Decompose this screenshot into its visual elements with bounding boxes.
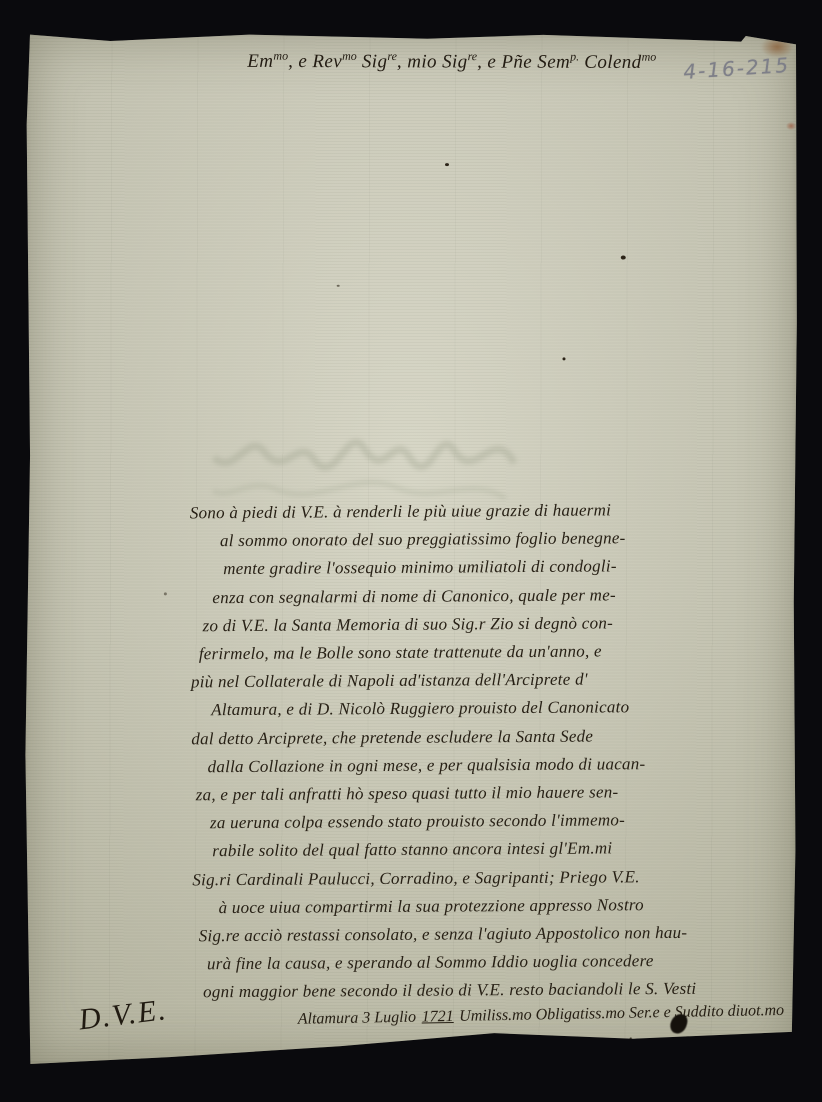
salutation-segment: Colend xyxy=(579,52,641,73)
photo-black-backdrop: { "palette": { "backdrop": "#0a0a0d", "p… xyxy=(0,0,822,1102)
dateline-place: Altamura 3 Luglio xyxy=(297,1009,416,1028)
salutation-segment: Em xyxy=(247,51,273,72)
signature: D. Domenico Arcangelo Populizio xyxy=(524,1032,774,1055)
ink-speck xyxy=(621,256,626,260)
valediction-dve: D.V.E. xyxy=(77,993,169,1037)
salutation-segment: , e Pñe Sem xyxy=(477,52,570,73)
manuscript-line: Altamura, e di D. Nicolò Ruggiero prouis… xyxy=(211,693,797,725)
manuscript-line: più nel Collaterale di Napoli ad'istanza… xyxy=(191,664,797,696)
ink-speck xyxy=(562,357,565,360)
ink-speck xyxy=(337,285,340,287)
dateline-year: 1721 xyxy=(421,1008,453,1026)
manuscript-line: dal detto Arciprete, che pretende esclud… xyxy=(191,721,797,753)
manuscript-page: Emmo, e Revmo Sigre, mio Sigre, e Pñe Se… xyxy=(23,32,799,1067)
salutation-superscript: mo xyxy=(342,49,357,63)
manuscript-line: mente gradire l'ossequio minimo umiliato… xyxy=(223,552,796,584)
manuscript-line: Sig.ri Cardinali Paulucci, Corradino, e … xyxy=(192,862,798,894)
manuscript-line: za ueruna colpa essendo stato prouisto s… xyxy=(210,805,798,837)
manuscript-line: enza con segnalarmi di nome di Canonico,… xyxy=(212,580,796,612)
manuscript-line: ogni maggior bene secondo il desio di V.… xyxy=(203,975,799,1007)
manuscript-line: Sono à piedi di V.E. à renderli le più u… xyxy=(190,495,796,527)
ink-speck xyxy=(164,592,167,595)
closing-titles: Umiliss.mo Obligatiss.mo Ser.e e Suddito… xyxy=(459,1002,784,1025)
manuscript-line: Sig.re acciò restassi consolato, e senza… xyxy=(199,918,799,950)
salutation-superscript: re xyxy=(468,49,478,63)
manuscript-line: zo di V.E. la Santa Memoria di suo Sig.r… xyxy=(202,608,796,640)
manuscript-line: à uoce uiua compartirmi la sua protezzio… xyxy=(218,890,798,922)
salutation-segment: , mio Sig xyxy=(397,51,468,72)
dateline: Altamura 3 Luglio1721Umiliss.mo Obligati… xyxy=(297,1002,784,1029)
manuscript-line: urà fine la causa, e sperando al Sommo I… xyxy=(207,946,799,978)
salutation-superscript: mo xyxy=(273,49,288,63)
manuscript-line: al sommo onorato del suo preggiatissimo … xyxy=(220,523,796,555)
salutation-segment: , e Rev xyxy=(288,51,342,72)
stain xyxy=(760,36,794,58)
salutation-superscript: p. xyxy=(570,49,579,63)
manuscript-line: rabile solito del qual fatto stanno anco… xyxy=(212,834,798,866)
letter-body: Sono à piedi di V.E. à renderli le più u… xyxy=(190,495,800,1007)
manuscript-line: ferirmelo, ma le Bolle sono state tratte… xyxy=(199,636,797,668)
stain xyxy=(786,122,796,130)
salutation-segment: Sig xyxy=(357,51,388,72)
manuscript-line: za, e per tali anfratti hò speso quasi t… xyxy=(196,777,798,809)
salutation-line: Emmo, e Revmo Sigre, mio Sigre, e Pñe Se… xyxy=(175,48,728,74)
salutation-superscript: re xyxy=(387,49,397,63)
salutation-superscript: mo xyxy=(642,50,657,64)
ink-speck xyxy=(445,163,449,166)
manuscript-line: dalla Collazione in ogni mese, e per qua… xyxy=(207,749,797,781)
